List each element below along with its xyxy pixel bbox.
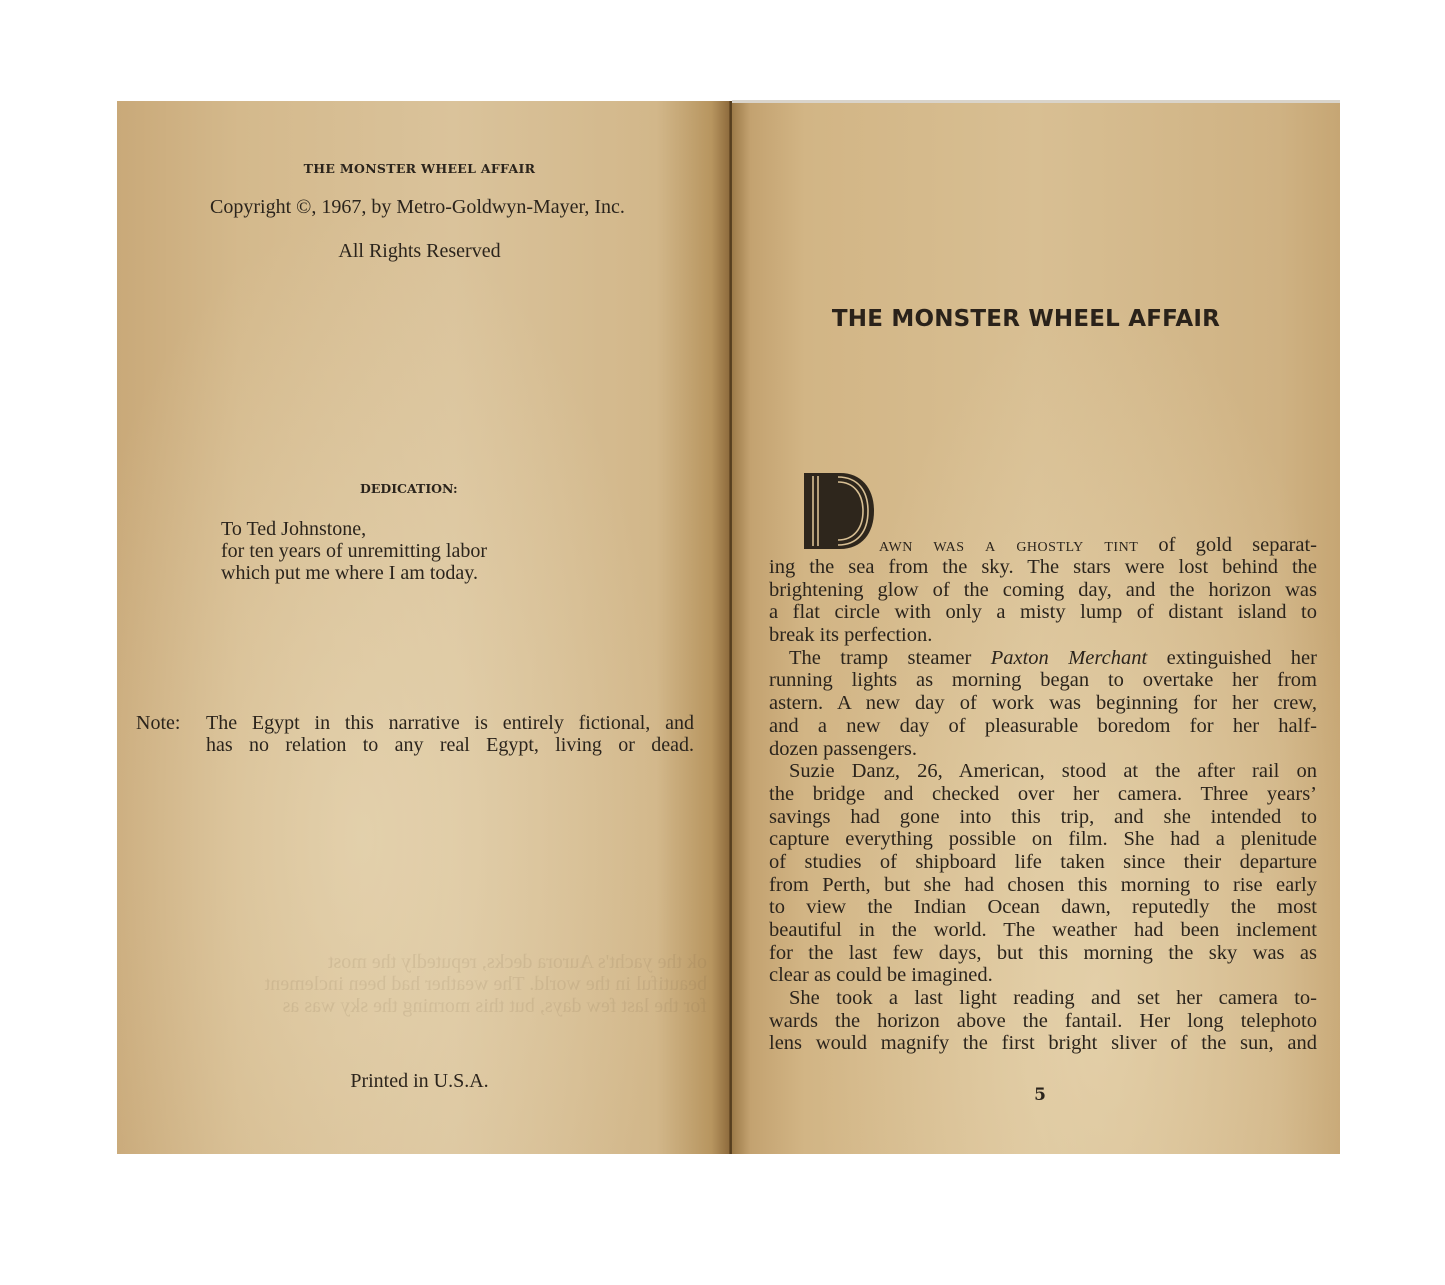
text-line: break its perfection. xyxy=(769,624,1317,647)
text-line: running lights as morning began to overt… xyxy=(769,669,1317,692)
text-line: and a new day of pleasurable boredom for… xyxy=(769,715,1317,738)
chapter-body-text: ing the sea from the sky. The stars were… xyxy=(769,556,1317,1055)
text-line: dozen passengers. xyxy=(769,738,1317,761)
dedication-line: To Ted Johnstone, xyxy=(221,518,487,540)
text-line: from Perth, but she had chosen this morn… xyxy=(769,874,1317,897)
text-line: for the last few days, but this morning … xyxy=(769,942,1317,965)
text-line: brightening glow of the coming day, and … xyxy=(769,579,1317,602)
dedication-text: To Ted Johnstone, for ten years of unrem… xyxy=(221,518,487,584)
text-line: She took a last light reading and set he… xyxy=(769,987,1317,1010)
text-line: astern. A new day of work was beginning … xyxy=(769,692,1317,715)
text-line: capture everything possible on film. She… xyxy=(769,828,1317,851)
running-title: THE MONSTER WHEEL AFFAIR xyxy=(113,161,726,176)
dedication-line: for ten years of unremitting labor xyxy=(221,540,487,562)
text-line: clear as could be imagined. xyxy=(769,964,1317,987)
ship-name-italic: Paxton Merchant xyxy=(991,647,1147,669)
text-line: wards the horizon above the fantail. Her… xyxy=(769,1010,1317,1033)
text-line: savings had gone into this trip, and she… xyxy=(769,806,1317,829)
drop-cap-d-icon xyxy=(804,473,874,549)
copyright-notice: Copyright ©, 1967, by Metro-Goldwyn-Maye… xyxy=(111,196,724,219)
note-line: The Egypt in this narrative is entirely … xyxy=(206,712,694,734)
text-line: lens would magnify the first bright sliv… xyxy=(769,1032,1317,1055)
text-line: of studies of shipboard life taken since… xyxy=(769,851,1317,874)
opening-line: awn was a ghostly tint of gold separat- xyxy=(879,534,1317,557)
right-page: THE MONSTER WHEEL AFFAIR awn was a ghost… xyxy=(732,103,1340,1154)
text-line: Suzie Danz, 26, American, stood at the a… xyxy=(769,760,1317,783)
text-line: The tramp steamer Paxton Merchant exting… xyxy=(769,647,1317,670)
opening-rest: of gold separat- xyxy=(1158,534,1317,556)
text-line: a flat circle with only a misty lump of … xyxy=(769,601,1317,624)
note-line: has no relation to any real Egypt, livin… xyxy=(206,734,694,756)
note-label: Note: xyxy=(136,712,180,735)
text-line: ing the sea from the sky. The stars were… xyxy=(769,556,1317,579)
rights-reserved: All Rights Reserved xyxy=(113,240,726,263)
show-through-text: ok the yacht's Aurora decks, reputedly t… xyxy=(147,951,707,1061)
text-fragment: The tramp steamer xyxy=(789,647,991,669)
text-line: beautiful in the world. The weather had … xyxy=(769,919,1317,942)
text-fragment: extinguished her xyxy=(1147,647,1317,669)
note-text: The Egypt in this narrative is entirely … xyxy=(206,712,694,756)
printed-in-usa: Printed in U.S.A. xyxy=(113,1070,726,1093)
dedication-heading: DEDICATION: xyxy=(360,481,458,496)
page-number: 5 xyxy=(736,1085,1344,1105)
chapter-title: THE MONSTER WHEEL AFFAIR xyxy=(722,306,1330,332)
opening-smallcaps: awn was a ghostly tint xyxy=(879,534,1138,556)
text-line: the bridge and checked over her camera. … xyxy=(769,783,1317,806)
text-line: to view the Indian Ocean dawn, reputedly… xyxy=(769,896,1317,919)
open-book-spread: ok the yacht's Aurora decks, reputedly t… xyxy=(117,101,1340,1154)
dedication-line: which put me where I am today. xyxy=(221,562,487,584)
left-page: ok the yacht's Aurora decks, reputedly t… xyxy=(117,101,730,1154)
